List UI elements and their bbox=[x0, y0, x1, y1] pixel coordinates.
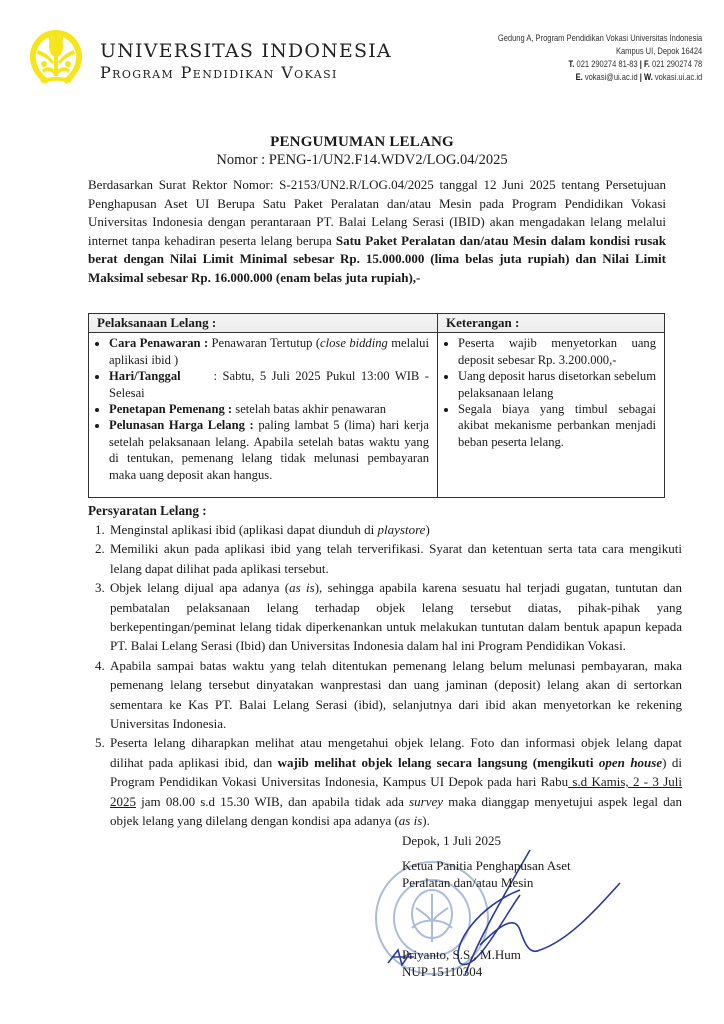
auction-info-table: Pelaksanaan Lelang : Keterangan : Cara P… bbox=[88, 313, 665, 498]
header-keterangan: Keterangan : bbox=[438, 314, 665, 333]
phone-label: T. bbox=[568, 59, 574, 69]
pelaksanaan-cell: Cara Penawaran : Penawaran Tertutup (clo… bbox=[89, 333, 438, 498]
list-item: Uang deposit harus disetorkan sebelum pe… bbox=[458, 368, 656, 401]
separator: | bbox=[640, 59, 642, 69]
fax-label: F. bbox=[644, 59, 650, 69]
keterangan-list: Peserta wajib menyetorkan uang deposit s… bbox=[444, 335, 656, 450]
header-pelaksanaan: Pelaksanaan Lelang : bbox=[89, 314, 438, 333]
web-link[interactable]: vokasi.ui.ac.id bbox=[655, 72, 702, 82]
email-link[interactable]: vokasi@ui.ac.id bbox=[585, 72, 638, 82]
fax-number: 021 290274 78 bbox=[652, 59, 702, 69]
item-italic: close bidding bbox=[320, 336, 388, 350]
email-web-line: E. vokasi@ui.ac.id | W. vokasi.ui.ac.id bbox=[498, 71, 702, 84]
item-label: Pelunasan Harga Lelang : bbox=[109, 418, 254, 432]
makara-ui-logo-icon bbox=[24, 26, 88, 90]
keterangan-cell: Peserta wajib menyetorkan uang deposit s… bbox=[438, 333, 665, 498]
phone-fax-line: T. 021 290274 81-83 | F. 021 290274 78 bbox=[498, 58, 702, 71]
item-italic: as is bbox=[399, 813, 422, 828]
separator: | bbox=[640, 72, 642, 82]
email-label: E. bbox=[575, 72, 582, 82]
web-label: W. bbox=[644, 72, 653, 82]
list-item: Memiliki akun pada aplikasi ibid yang te… bbox=[108, 539, 682, 578]
item-text: ) bbox=[425, 522, 429, 537]
requirements-list: Menginstal aplikasi ibid (aplikasi dapat… bbox=[92, 520, 682, 831]
list-item: Segala biaya yang timbul sebagai akibat … bbox=[458, 401, 656, 450]
list-item: Peserta wajib menyetorkan uang deposit s… bbox=[458, 335, 656, 368]
list-item: Cara Penawaran : Penawaran Tertutup (clo… bbox=[109, 335, 429, 368]
intro-paragraph: Berdasarkan Surat Rektor Nomor: S-2153/U… bbox=[88, 176, 666, 288]
address-line-1: Gedung A, Program Pendidikan Vokasi Univ… bbox=[498, 32, 702, 45]
item-label: Cara Penawaran : bbox=[109, 336, 208, 350]
item-label: Hari/Tanggal bbox=[109, 369, 181, 383]
signer-role-line-2: Peralatan dan/atau Mesin bbox=[402, 874, 533, 891]
letterhead: UNIVERSITAS INDONESIA Program Pendidikan… bbox=[0, 0, 724, 110]
item-text: ). bbox=[422, 813, 430, 828]
list-item: Penetapan Pemenang : setelah batas akhir… bbox=[109, 401, 429, 417]
program-name: Program Pendidikan Vokasi bbox=[100, 63, 338, 82]
list-item: Hari/Tanggal : Sabtu, 5 Juli 2025 Pukul … bbox=[109, 368, 429, 401]
address-line-2: Kampus UI, Depok 16424 bbox=[498, 45, 702, 58]
list-item: Apabila sampai batas waktu yang telah di… bbox=[108, 656, 682, 734]
pelaksanaan-list: Cara Penawaran : Penawaran Tertutup (clo… bbox=[95, 335, 429, 483]
document-number: Nomor : PENG-1/UN2.F14.WDV2/LOG.04/2025 bbox=[0, 152, 724, 169]
list-item: Peserta lelang diharapkan melihat atau m… bbox=[108, 733, 682, 830]
list-item: Menginstal aplikasi ibid (aplikasi dapat… bbox=[108, 520, 682, 539]
university-name: UNIVERSITAS INDONESIA bbox=[100, 40, 392, 62]
document-title: PENGUMUMAN LELANG bbox=[0, 134, 724, 151]
item-italic: survey bbox=[409, 794, 443, 809]
contact-address: Gedung A, Program Pendidikan Vokasi Univ… bbox=[498, 32, 702, 84]
item-text: Objek lelang dijual apa adanya ( bbox=[110, 580, 289, 595]
signer-nup: NUP 15110304 bbox=[402, 963, 482, 980]
list-item: Pelunasan Harga Lelang : paling lambat 5… bbox=[109, 417, 429, 483]
list-item: Objek lelang dijual apa adanya (as is), … bbox=[108, 578, 682, 656]
place-date: Depok, 1 Juli 2025 bbox=[402, 832, 501, 849]
item-label: Penetapan Pemenang : bbox=[109, 402, 232, 416]
item-text: jam 08.00 s.d 15.30 WIB, dan apabila tid… bbox=[136, 794, 409, 809]
item-text: Menginstal aplikasi ibid (aplikasi dapat… bbox=[110, 522, 378, 537]
item-italic: as is bbox=[289, 580, 315, 595]
item-italic: playstore bbox=[378, 522, 426, 537]
item-bold-italic: open house bbox=[599, 755, 662, 770]
phone-number: 021 290274 81-83 bbox=[576, 59, 637, 69]
item-bold: wajib melihat objek lelang secara langsu… bbox=[278, 755, 599, 770]
signer-name: Priyanto, S.S., M.Hum bbox=[402, 946, 521, 963]
item-text: Penawaran Tertutup ( bbox=[208, 336, 320, 350]
item-text: setelah batas akhir penawaran bbox=[232, 402, 386, 416]
signer-role-line-1: Ketua Panitia Penghapusan Aset bbox=[402, 857, 571, 874]
requirements-title: Persyaratan Lelang : bbox=[88, 503, 207, 519]
